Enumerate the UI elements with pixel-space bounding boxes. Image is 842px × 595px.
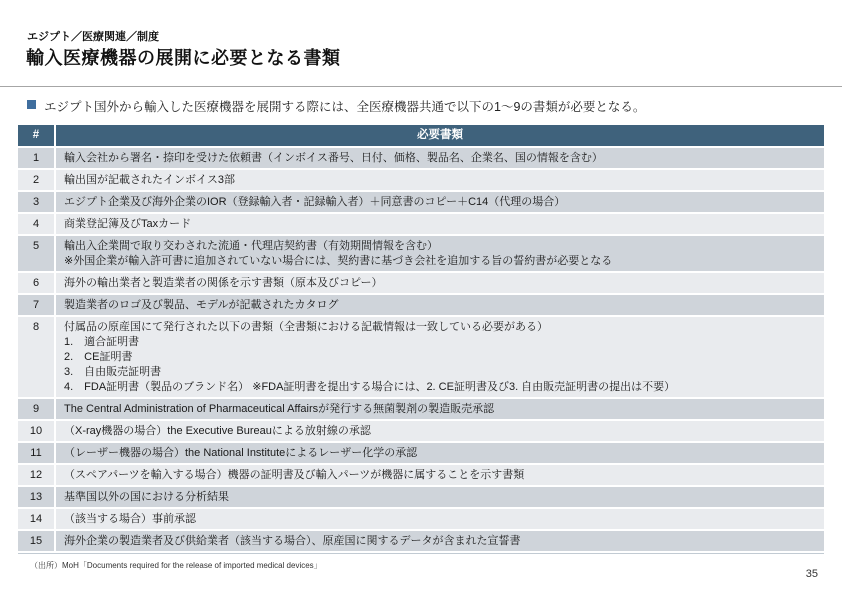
- row-document-text: エジプト企業及び海外企業のIOR（登録輸入者・記録輸入者）＋同意書のコピー＋C1…: [56, 192, 824, 212]
- table-row: 1輸入会社から署名・捺印を受けた依頼書（インボイス番号、日付、価格、製品名、企業…: [18, 148, 824, 170]
- row-document-text: 海外の輸出業者と製造業者の関係を示す書類（原本及びコピー）: [56, 273, 824, 293]
- row-document-text: 製造業者のロゴ及び製品、モデルが記載されたカタログ: [56, 295, 824, 315]
- row-number: 10: [18, 421, 56, 441]
- row-document-text: （該当する場合）事前承認: [56, 509, 824, 529]
- column-header-number: #: [18, 125, 56, 146]
- row-number: 7: [18, 295, 56, 315]
- table-row: 6海外の輸出業者と製造業者の関係を示す書類（原本及びコピー）: [18, 273, 824, 295]
- row-number: 15: [18, 531, 56, 551]
- required-documents-table: # 必要書類 1輸入会社から署名・捺印を受けた依頼書（インボイス番号、日付、価格…: [18, 125, 824, 554]
- table-body: 1輸入会社から署名・捺印を受けた依頼書（インボイス番号、日付、価格、製品名、企業…: [18, 148, 824, 553]
- intro-text: エジプト国外から輸入した医療機器を展開する際には、全医療機器共通で以下の1～9の…: [44, 97, 645, 115]
- source-note: （出所）MoH「Documents required for the relea…: [30, 560, 322, 571]
- page-number: 35: [806, 568, 818, 580]
- table-row: 11（レーザー機器の場合）the National Instituteによるレー…: [18, 443, 824, 465]
- table-row: 12（スペアパーツを輸入する場合）機器の証明書及び輸入パーツが機器に属することを…: [18, 465, 824, 487]
- row-document-text: 付属品の原産国にて発行された以下の書類（全書類における記載情報は一致している必要…: [56, 317, 824, 397]
- row-number: 1: [18, 148, 56, 168]
- row-document-text: 商業登記簿及びTaxカード: [56, 214, 824, 234]
- table-row: 5輸出入企業間で取り交わされた流通・代理店契約書（有効期間情報を含む） ※外国企…: [18, 236, 824, 273]
- breadcrumb: エジプト／医療関連／制度: [27, 28, 159, 44]
- table-row: 14（該当する場合）事前承認: [18, 509, 824, 531]
- row-document-text: 輸出入企業間で取り交わされた流通・代理店契約書（有効期間情報を含む） ※外国企業…: [56, 236, 824, 271]
- row-number: 9: [18, 399, 56, 419]
- row-number: 6: [18, 273, 56, 293]
- row-document-text: 海外企業の製造業者及び供給業者（該当する場合）、原産国に関するデータが含まれた宣…: [56, 531, 824, 551]
- table-row: 15海外企業の製造業者及び供給業者（該当する場合）、原産国に関するデータが含まれ…: [18, 531, 824, 553]
- table-row: 8付属品の原産国にて発行された以下の書類（全書類における記載情報は一致している必…: [18, 317, 824, 399]
- row-number: 8: [18, 317, 56, 397]
- row-number: 4: [18, 214, 56, 234]
- title-divider: [0, 86, 842, 87]
- table-row: 9The Central Administration of Pharmaceu…: [18, 399, 824, 421]
- row-number: 14: [18, 509, 56, 529]
- row-document-text: （スペアパーツを輸入する場合）機器の証明書及び輸入パーツが機器に属することを示す…: [56, 465, 824, 485]
- row-document-text: （レーザー機器の場合）the National Instituteによるレーザー…: [56, 443, 824, 463]
- row-number: 12: [18, 465, 56, 485]
- row-document-text: 基準国以外の国における分析結果: [56, 487, 824, 507]
- row-number: 5: [18, 236, 56, 271]
- row-number: 11: [18, 443, 56, 463]
- table-row: 4商業登記簿及びTaxカード: [18, 214, 824, 236]
- intro-bullet-line: エジプト国外から輸入した医療機器を展開する際には、全医療機器共通で以下の1～9の…: [27, 97, 817, 115]
- row-document-text: （X-ray機器の場合）the Executive Bureauによる放射線の承…: [56, 421, 824, 441]
- row-document-text: The Central Administration of Pharmaceut…: [56, 399, 824, 419]
- table-header-row: # 必要書類: [18, 125, 824, 148]
- row-number: 2: [18, 170, 56, 190]
- table-row: 2輸出国が記載されたインボイス3部: [18, 170, 824, 192]
- page-title: 輸入医療機器の展開に必要となる書類: [26, 44, 341, 70]
- row-number: 3: [18, 192, 56, 212]
- row-document-text: 輸入会社から署名・捺印を受けた依頼書（インボイス番号、日付、価格、製品名、企業名…: [56, 148, 824, 168]
- row-document-text: 輸出国が記載されたインボイス3部: [56, 170, 824, 190]
- row-number: 13: [18, 487, 56, 507]
- table-row: 3エジプト企業及び海外企業のIOR（登録輸入者・記録輸入者）＋同意書のコピー＋C…: [18, 192, 824, 214]
- column-header-documents: 必要書類: [56, 125, 824, 146]
- table-row: 7製造業者のロゴ及び製品、モデルが記載されたカタログ: [18, 295, 824, 317]
- bullet-square-icon: [27, 100, 36, 109]
- table-row: 10（X-ray機器の場合）the Executive Bureauによる放射線…: [18, 421, 824, 443]
- table-row: 13基準国以外の国における分析結果: [18, 487, 824, 509]
